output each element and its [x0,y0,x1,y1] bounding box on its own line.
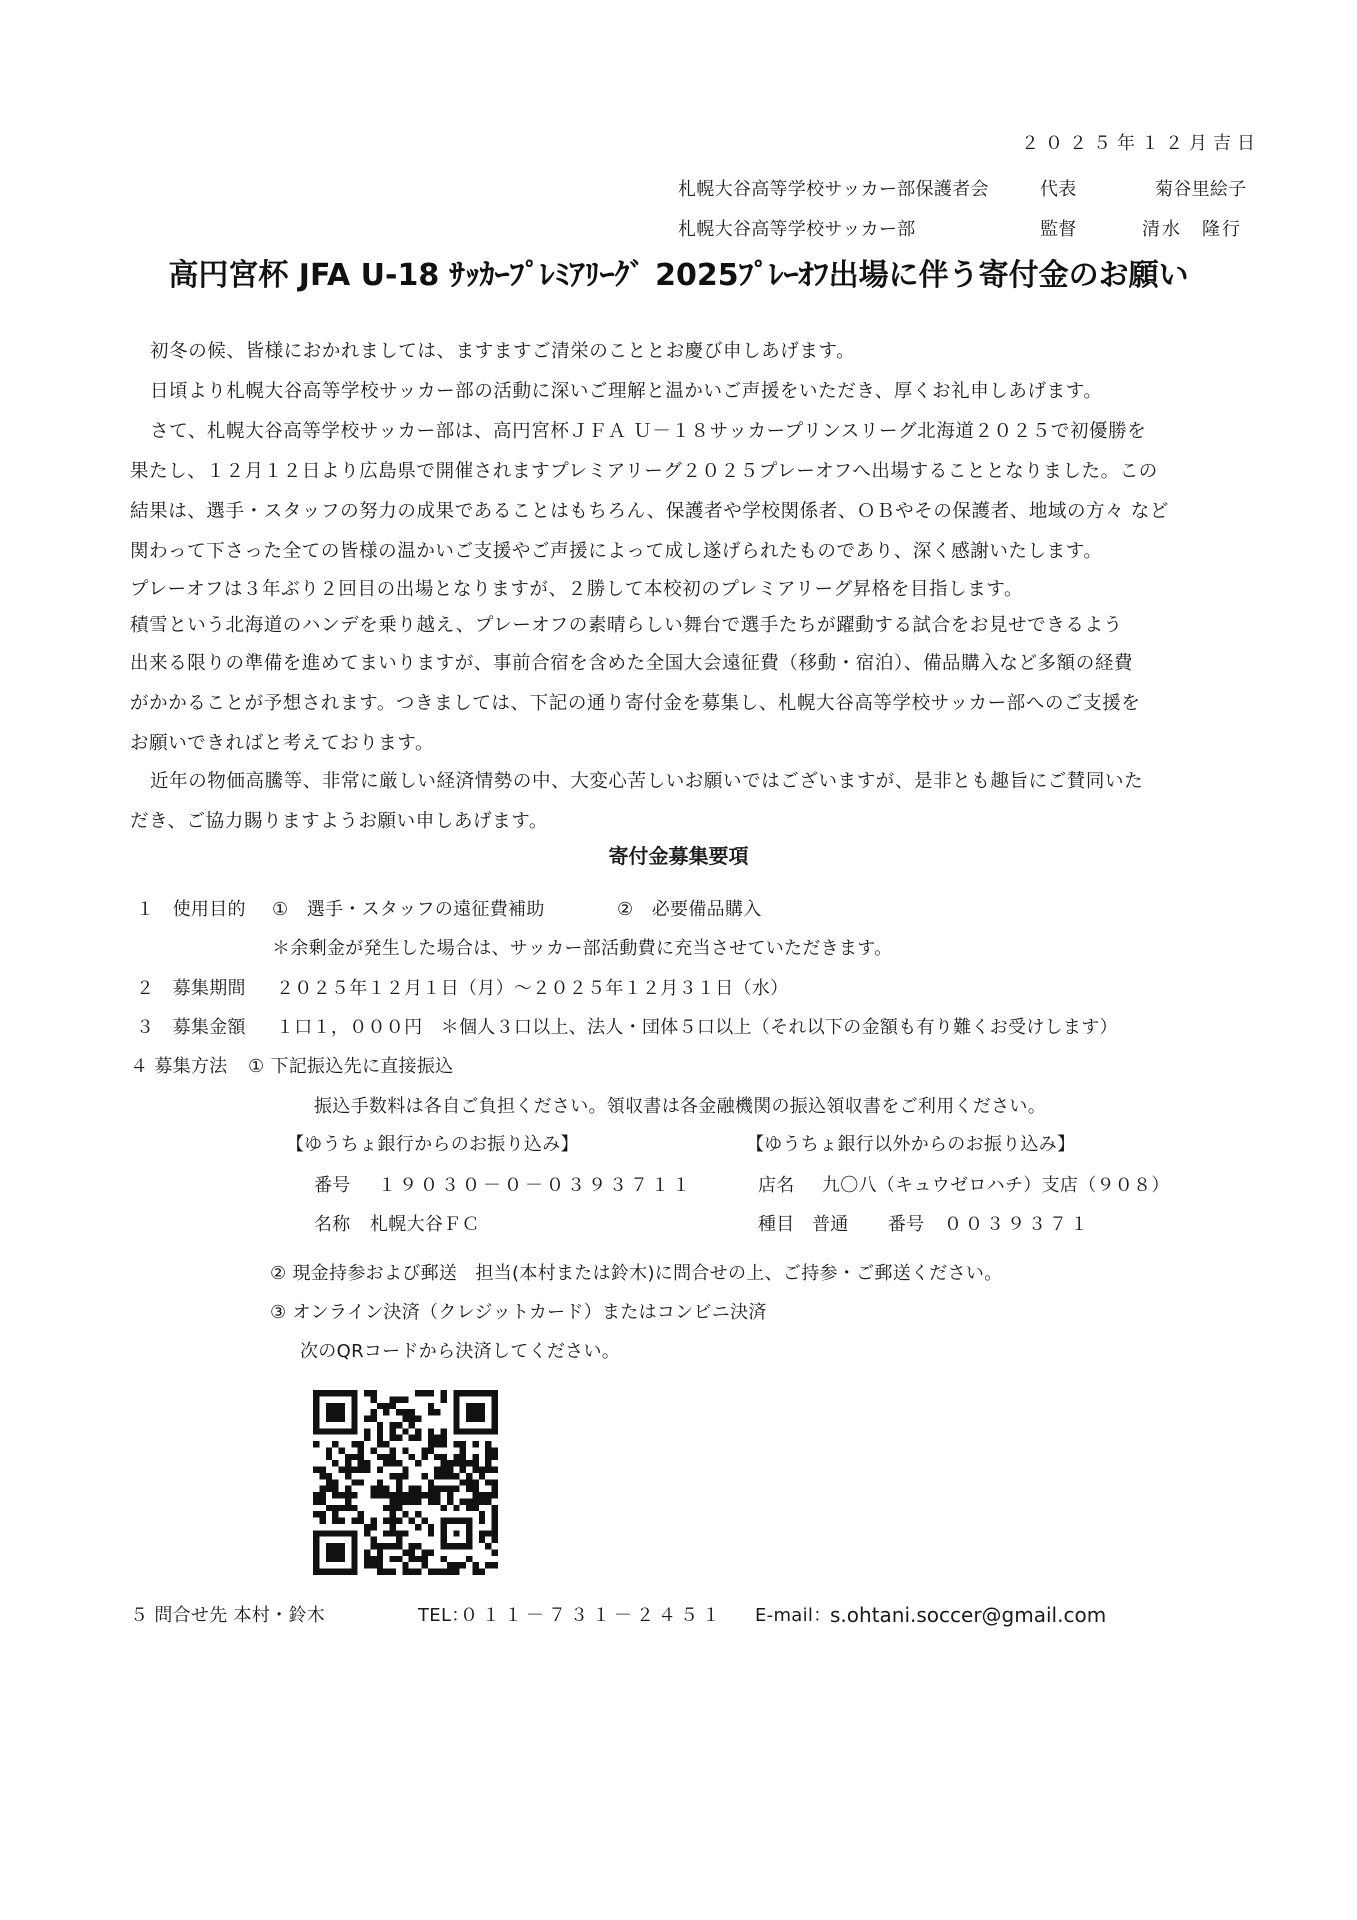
sender-role: 代表 [1040,178,1077,202]
body-line: だき、ご協力賜りますようお願い申しあげます。 [130,802,1230,842]
purpose-item: ② 必要備品購入 [617,898,762,922]
amount-value: １口１，０００円 ＊個人３口以上、法人・団体５口以上（それ以下の金額も有り難くお… [276,1016,1118,1040]
other-bank-heading: 【ゆうちょ銀行以外からのお振り込み】 [746,1133,1075,1157]
purpose-item: ① 選手・スタッフの遠征費補助 [272,898,545,922]
method-label: ４ 募集方法 [130,1055,228,1079]
purpose-label: １ 使用目的 [136,898,246,922]
body-line: がかかることが予想されます。つきましては、下記の通り寄付金を募集し、札幌大谷高等… [130,684,1230,724]
body-line: 初冬の候、皆様におかれましては、ますますご清栄のこととお慶び申しあげます。 [130,332,1230,372]
yucho-name-label: 名称 [314,1213,351,1237]
period-value: ２０２５年１２月１日（月）～２０２５年１２月３１日（水） [276,977,788,1001]
yucho-heading: 【ゆうちょ銀行からのお振り込み】 [286,1133,579,1157]
account-number: ００３９３７１ [944,1213,1091,1237]
period-label: ２ 募集期間 [136,977,246,1001]
sender-organization: 札幌大谷高等学校サッカー部保護者会 [678,178,989,202]
body-line: さて、札幌大谷高等学校サッカー部は、高円宮杯ＪＦＡ Ｕ－１８サッカープリンスリー… [130,412,1230,452]
body-line: 出来る限りの準備を進めてまいりますが、事前合宿を含めた全国大会遠征費（移動・宿泊… [130,644,1230,684]
body-line: お願いできればと考えております。 [130,724,1230,764]
sender-name: 清水 隆行 [1142,218,1242,242]
letter-body: 近年の物価高騰等、非常に厳しい経済情勢の中、大変心苦しいお願いではございますが、… [130,762,1230,842]
body-line: 積雪という北海道のハンデを乗り越え、プレーオフの素晴らしい舞台で選手たちが躍動す… [130,608,1230,644]
payment-qr-code[interactable] [313,1390,498,1575]
body-line: 近年の物価高騰等、非常に厳しい経済情勢の中、大変心苦しいお願いではございますが、… [130,762,1230,802]
sender-name: 菊谷里絵子 [1155,178,1247,202]
branch-label: 店名 [758,1174,795,1198]
body-line: 果たし、１２月１２日より広島県で開催されますプレミアリーグ２０２５プレーオフへ出… [130,452,1230,492]
contact-email[interactable]: s.ohtani.soccer@gmail.com [830,1601,1106,1629]
method-option-1: ① 下記振込先に直接振込 [248,1055,453,1079]
letter-body: プレーオフは３年ぶり２回目の出場となりますが、２勝して本校初のプレミアリーグ昇格… [130,572,1230,764]
account-type-label: 種目 [758,1213,795,1237]
purpose-note: ＊余剰金が発生した場合は、サッカー部活動費に充当させていただきます。 [272,937,892,961]
account-type: 普通 [812,1213,849,1237]
yucho-number: １９０３０－０－０３９３７１１ [378,1174,693,1198]
letter-body: 初冬の候、皆様におかれましては、ますますご清栄のこととお慶び申しあげます。 日頃… [130,332,1230,572]
method-option-3: ③ オンライン決済（クレジットカード）またはコンビニ決済 [270,1301,767,1325]
yucho-account-name: 札幌大谷ＦＣ [370,1213,480,1237]
branch-name: 九〇八（キュウゼロハチ）支店（９０８） [822,1174,1170,1198]
sender-organization: 札幌大谷高等学校サッカー部 [678,218,916,242]
contact-phone[interactable]: ０１１－７３１－２４５１ [460,1604,724,1628]
body-line: 日頃より札幌大谷高等学校サッカー部の活動に深いご理解と温かいご声援をいただき、厚… [130,372,1230,412]
body-line: 関わって下さった全ての皆様の温かいご支援やご声援によって成し遂げられたものであり… [130,532,1230,572]
section-title: 寄付金募集要項 [0,842,1357,870]
body-line: プレーオフは３年ぶり２回目の出場となりますが、２勝して本校初のプレミアリーグ昇格… [130,572,1230,608]
method-option-2: ② 現金持参および郵送 担当(本村または鈴木)に問合せの上、ご持参・ご郵送くださ… [270,1262,1003,1286]
yucho-number-label: 番号 [314,1174,351,1198]
email-label: E-mail： [755,1604,832,1628]
account-number-label: 番号 [888,1213,925,1237]
body-line: 結果は、選手・スタッフの努力の成果であることはもちろん、保護者や学校関係者、ＯＢ… [130,492,1230,532]
document-date: ２０２５年１２月吉日 [1021,132,1261,156]
amount-label: ３ 募集金額 [136,1016,246,1040]
fee-note: 振込手数料は各自ご負担ください。領収書は各金融機関の振込領収書をご利用ください。 [314,1095,1046,1119]
document-title: 高円宮杯 JFA U-18 ｻｯｶｰﾌﾟﾚﾐｱﾘｰｸﾞ 2025ﾌﾟﾚｰｵﾌ出場… [0,256,1357,296]
qr-note: 次のQRコードから決済してください。 [300,1340,620,1364]
sender-role: 監督 [1040,218,1077,242]
contact-label: ５ 問合せ先 本村・鈴木 [130,1604,325,1628]
